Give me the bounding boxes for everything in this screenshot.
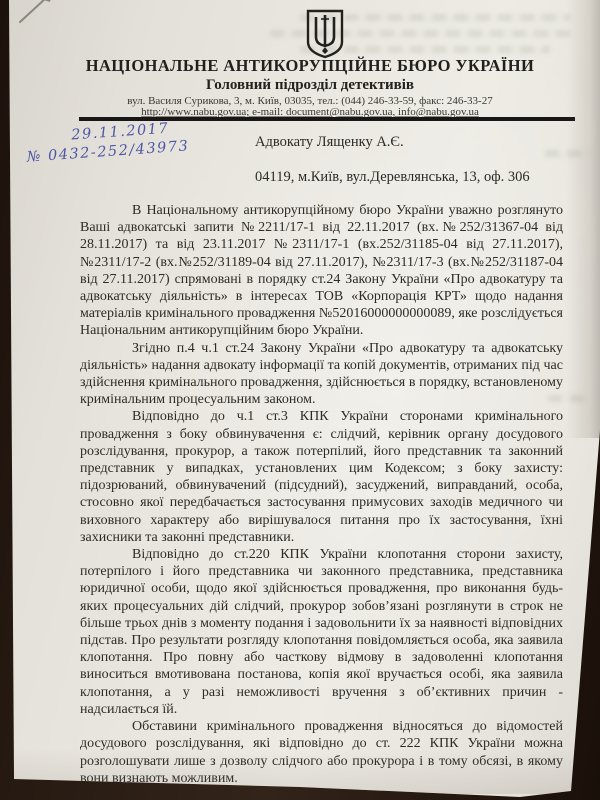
paper-edge-shadow xyxy=(0,748,600,794)
photo-of-document: { "document": { "header": { "org_name": … xyxy=(0,0,600,800)
handwritten-registration-note: 29.11.2017 № 0432-252/43973 xyxy=(25,118,190,167)
body-text: В Національному антикорупційному бюро Ук… xyxy=(80,202,563,787)
recipient-name: Адвокату Лященку А.Є. xyxy=(255,134,585,150)
body-paragraph: Відповідно до ст.220 КПК України клопота… xyxy=(80,546,563,718)
body-paragraph: Відповідно до ч.1 ст.3 КПК України сторо… xyxy=(80,408,563,546)
paper-edge-shadow xyxy=(566,0,600,438)
pencil-check-mark xyxy=(16,0,66,26)
body-paragraph: Згідно п.4 ч.1 ст.24 Закону України «Про… xyxy=(80,340,563,409)
coat-of-arms-ukraine-icon xyxy=(303,9,347,59)
org-division: Головний підрозділ детективів xyxy=(40,77,580,94)
letter-page: НАЦІОНАЛЬНЕ АНТИКОРУПЦІЙНЕ БЮРО УКРАЇНИ … xyxy=(0,0,600,800)
org-name: НАЦІОНАЛЬНЕ АНТИКОРУПЦІЙНЕ БЮРО УКРАЇНИ xyxy=(40,56,580,76)
body-paragraph: В Національному антикорупційному бюро Ук… xyxy=(80,202,563,340)
recipient-block: Адвокату Лященку А.Є. 04119, м.Київ, вул… xyxy=(255,134,585,185)
recipient-address: 04119, м.Київ, вул.Деревлянська, 13, оф.… xyxy=(255,169,585,185)
